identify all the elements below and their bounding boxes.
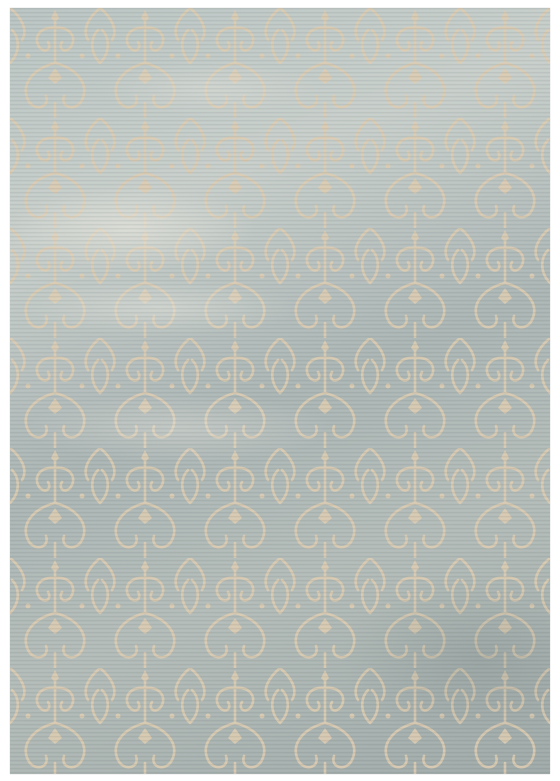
texture-stripes [10, 8, 550, 774]
rug [10, 8, 550, 774]
